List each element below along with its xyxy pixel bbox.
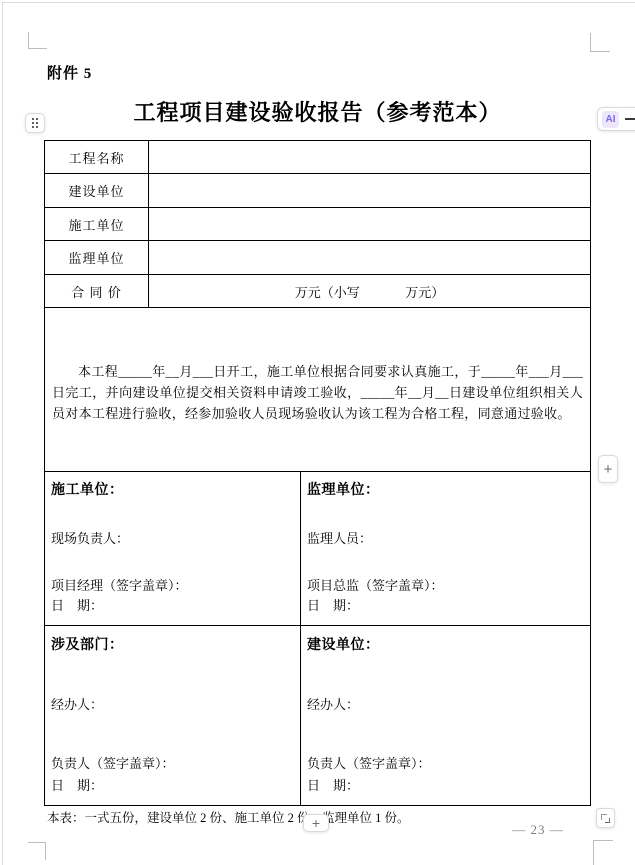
- copies-footnote: 本表：一式五份，建设单位 2 份、施工单位 2 份、监理单位 1 份。: [47, 808, 410, 826]
- table-row: 施工单位： 现场负责人： 项目经理（签字盖章）： 日 期： 监理单位： 监理人员…: [45, 472, 591, 626]
- table-resize-button[interactable]: [596, 808, 615, 828]
- table-row: 合 同 价 万元（小写 万元）: [45, 275, 591, 308]
- row-label-contractor: 施工单位: [45, 208, 149, 241]
- block-drag-handle[interactable]: [25, 113, 45, 133]
- row-label-construction-owner: 建设单位: [45, 174, 149, 208]
- supervisor-field[interactable]: [149, 241, 591, 275]
- margin-crop-mark-bottom-right: [593, 840, 613, 865]
- row-label-contract-price: 合 同 价: [45, 275, 149, 308]
- margin-crop-mark-top-right: [590, 33, 610, 52]
- signature-line: 负责人（签字盖章）：: [51, 755, 294, 773]
- signature-line: 项目总监（签字盖章）：: [307, 577, 584, 595]
- table-row: 涉及部门： 经办人： 负责人（签字盖章）： 日 期： 建设单位： 经办人： 负责…: [45, 626, 591, 806]
- table-row: 工程名称: [45, 141, 591, 174]
- page-edge-top: [2, 2, 635, 3]
- row-label-supervisor: 监理单位: [45, 241, 149, 275]
- signature-block-title: 施工单位：: [51, 482, 294, 500]
- table-row: 建设单位: [45, 174, 591, 208]
- signature-line: 监理人员：: [307, 530, 584, 548]
- signature-line: 日 期：: [307, 777, 584, 795]
- acceptance-statement: 本工程_____年__月___日开工，施工单位根据合同要求认真施工，于_____…: [52, 361, 583, 424]
- margin-crop-mark-top-left: [28, 32, 47, 49]
- signature-line: 日 期：: [51, 597, 294, 615]
- construction-owner-field[interactable]: [149, 174, 591, 208]
- table-row: 施工单位: [45, 208, 591, 241]
- signature-block-title: 建设单位：: [307, 637, 584, 655]
- insert-row-button-right[interactable]: +: [598, 455, 618, 483]
- signature-block-departments[interactable]: 涉及部门： 经办人： 负责人（签字盖章）： 日 期：: [45, 626, 301, 806]
- ai-icon: AI: [602, 111, 619, 128]
- margin-crop-mark-bottom-left: [28, 842, 46, 860]
- signature-block-title: 涉及部门：: [51, 637, 294, 655]
- dash-icon: [625, 118, 635, 120]
- signature-block-title: 监理单位：: [307, 482, 584, 500]
- signature-block-supervisor[interactable]: 监理单位： 监理人员： 项目总监（签字盖章）： 日 期：: [301, 472, 591, 626]
- acceptance-form-table: 工程名称 建设单位 施工单位 监理单位 合 同 价 万元（小写 万元） 本工程_…: [44, 140, 591, 806]
- page-title: 工程项目建设验收报告（参考范本）: [0, 96, 635, 127]
- signature-line: 日 期：: [307, 597, 584, 615]
- resize-corner-icon: [601, 814, 610, 823]
- plus-icon: +: [312, 815, 320, 831]
- signature-line: 现场负责人：: [51, 530, 294, 548]
- grip-dots-icon: [32, 118, 38, 128]
- attachment-label: 附件 5: [47, 62, 92, 83]
- signature-line: 日 期：: [51, 777, 294, 795]
- signature-line: 负责人（签字盖章）：: [307, 755, 584, 773]
- contractor-field[interactable]: [149, 208, 591, 241]
- signature-block-contractor[interactable]: 施工单位： 现场负责人： 项目经理（签字盖章）： 日 期：: [45, 472, 301, 626]
- signature-block-owner[interactable]: 建设单位： 经办人： 负责人（签字盖章）： 日 期：: [301, 626, 591, 806]
- plus-icon: +: [604, 461, 613, 478]
- table-row: 监理单位: [45, 241, 591, 275]
- table-row: 本工程_____年__月___日开工，施工单位根据合同要求认真施工，于_____…: [45, 308, 591, 472]
- page-edge-left: [2, 2, 3, 865]
- project-name-field[interactable]: [149, 141, 591, 174]
- row-label-project-name: 工程名称: [45, 141, 149, 174]
- signature-line: 经办人：: [51, 696, 294, 714]
- insert-row-button-bottom[interactable]: +: [303, 814, 329, 832]
- signature-line: 经办人：: [307, 696, 584, 714]
- signature-line: 项目经理（签字盖章）：: [51, 577, 294, 595]
- ai-assistant-button[interactable]: AI: [597, 107, 635, 131]
- page-number: — 23 —: [508, 822, 568, 838]
- contract-price-field[interactable]: 万元（小写 万元）: [149, 275, 591, 308]
- acceptance-statement-cell[interactable]: 本工程_____年__月___日开工，施工单位根据合同要求认真施工，于_____…: [45, 308, 591, 472]
